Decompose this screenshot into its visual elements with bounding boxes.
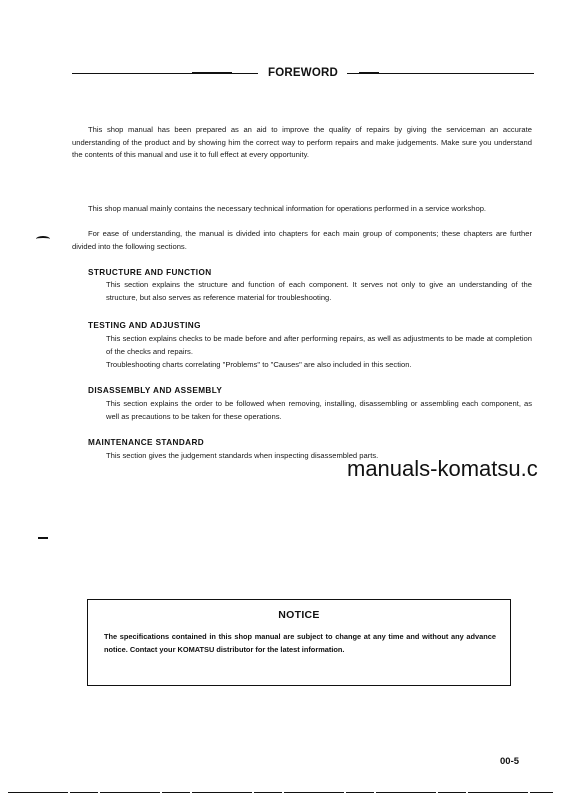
- page-number: 00-5: [500, 756, 519, 767]
- page-title: FOREWORD: [259, 66, 347, 80]
- notice-title: NOTICE: [88, 609, 510, 621]
- intro-paragraph-2: This shop manual mainly contains the nec…: [72, 203, 532, 216]
- intro-paragraph-3-text: For ease of understanding, the manual is…: [72, 229, 532, 251]
- intro-paragraph-3: For ease of understanding, the manual is…: [72, 228, 532, 253]
- rule-line-right-accent: [359, 72, 379, 74]
- intro-paragraph-1-text: This shop manual has been prepared as an…: [72, 125, 532, 159]
- notice-text: The specifications contained in this sho…: [104, 630, 496, 656]
- footer-rule: [8, 792, 553, 793]
- intro-paragraph-2-text: This shop manual mainly contains the nec…: [88, 204, 486, 213]
- section-text-testing-and-adjusting-2: Troubleshooting charts correlating "Prob…: [106, 359, 532, 372]
- section-text-testing-and-adjusting-1: This section explains checks to be made …: [106, 333, 532, 358]
- intro-paragraph-1: This shop manual has been prepared as an…: [72, 124, 532, 162]
- section-heading-testing-and-adjusting: TESTING AND ADJUSTING: [88, 320, 201, 332]
- margin-revision-mark: [38, 537, 48, 539]
- section-text-structure-and-function: This section explains the structure and …: [106, 279, 532, 304]
- watermark-text: manuals-komatsu.c: [347, 456, 538, 482]
- notice-box: NOTICE The specifications contained in t…: [87, 599, 511, 686]
- header-rule: FOREWORD: [72, 66, 534, 80]
- section-heading-disassembly-and-assembly: DISASSEMBLY AND ASSEMBLY: [88, 385, 222, 397]
- rule-line-left-accent: [192, 72, 232, 74]
- section-heading-structure-and-function: STRUCTURE AND FUNCTION: [88, 267, 212, 279]
- section-text-disassembly-and-assembly: This section explains the order to be fo…: [106, 398, 532, 423]
- section-heading-maintenance-standard: MAINTENANCE STANDARD: [88, 437, 204, 449]
- margin-revision-mark: [36, 235, 50, 239]
